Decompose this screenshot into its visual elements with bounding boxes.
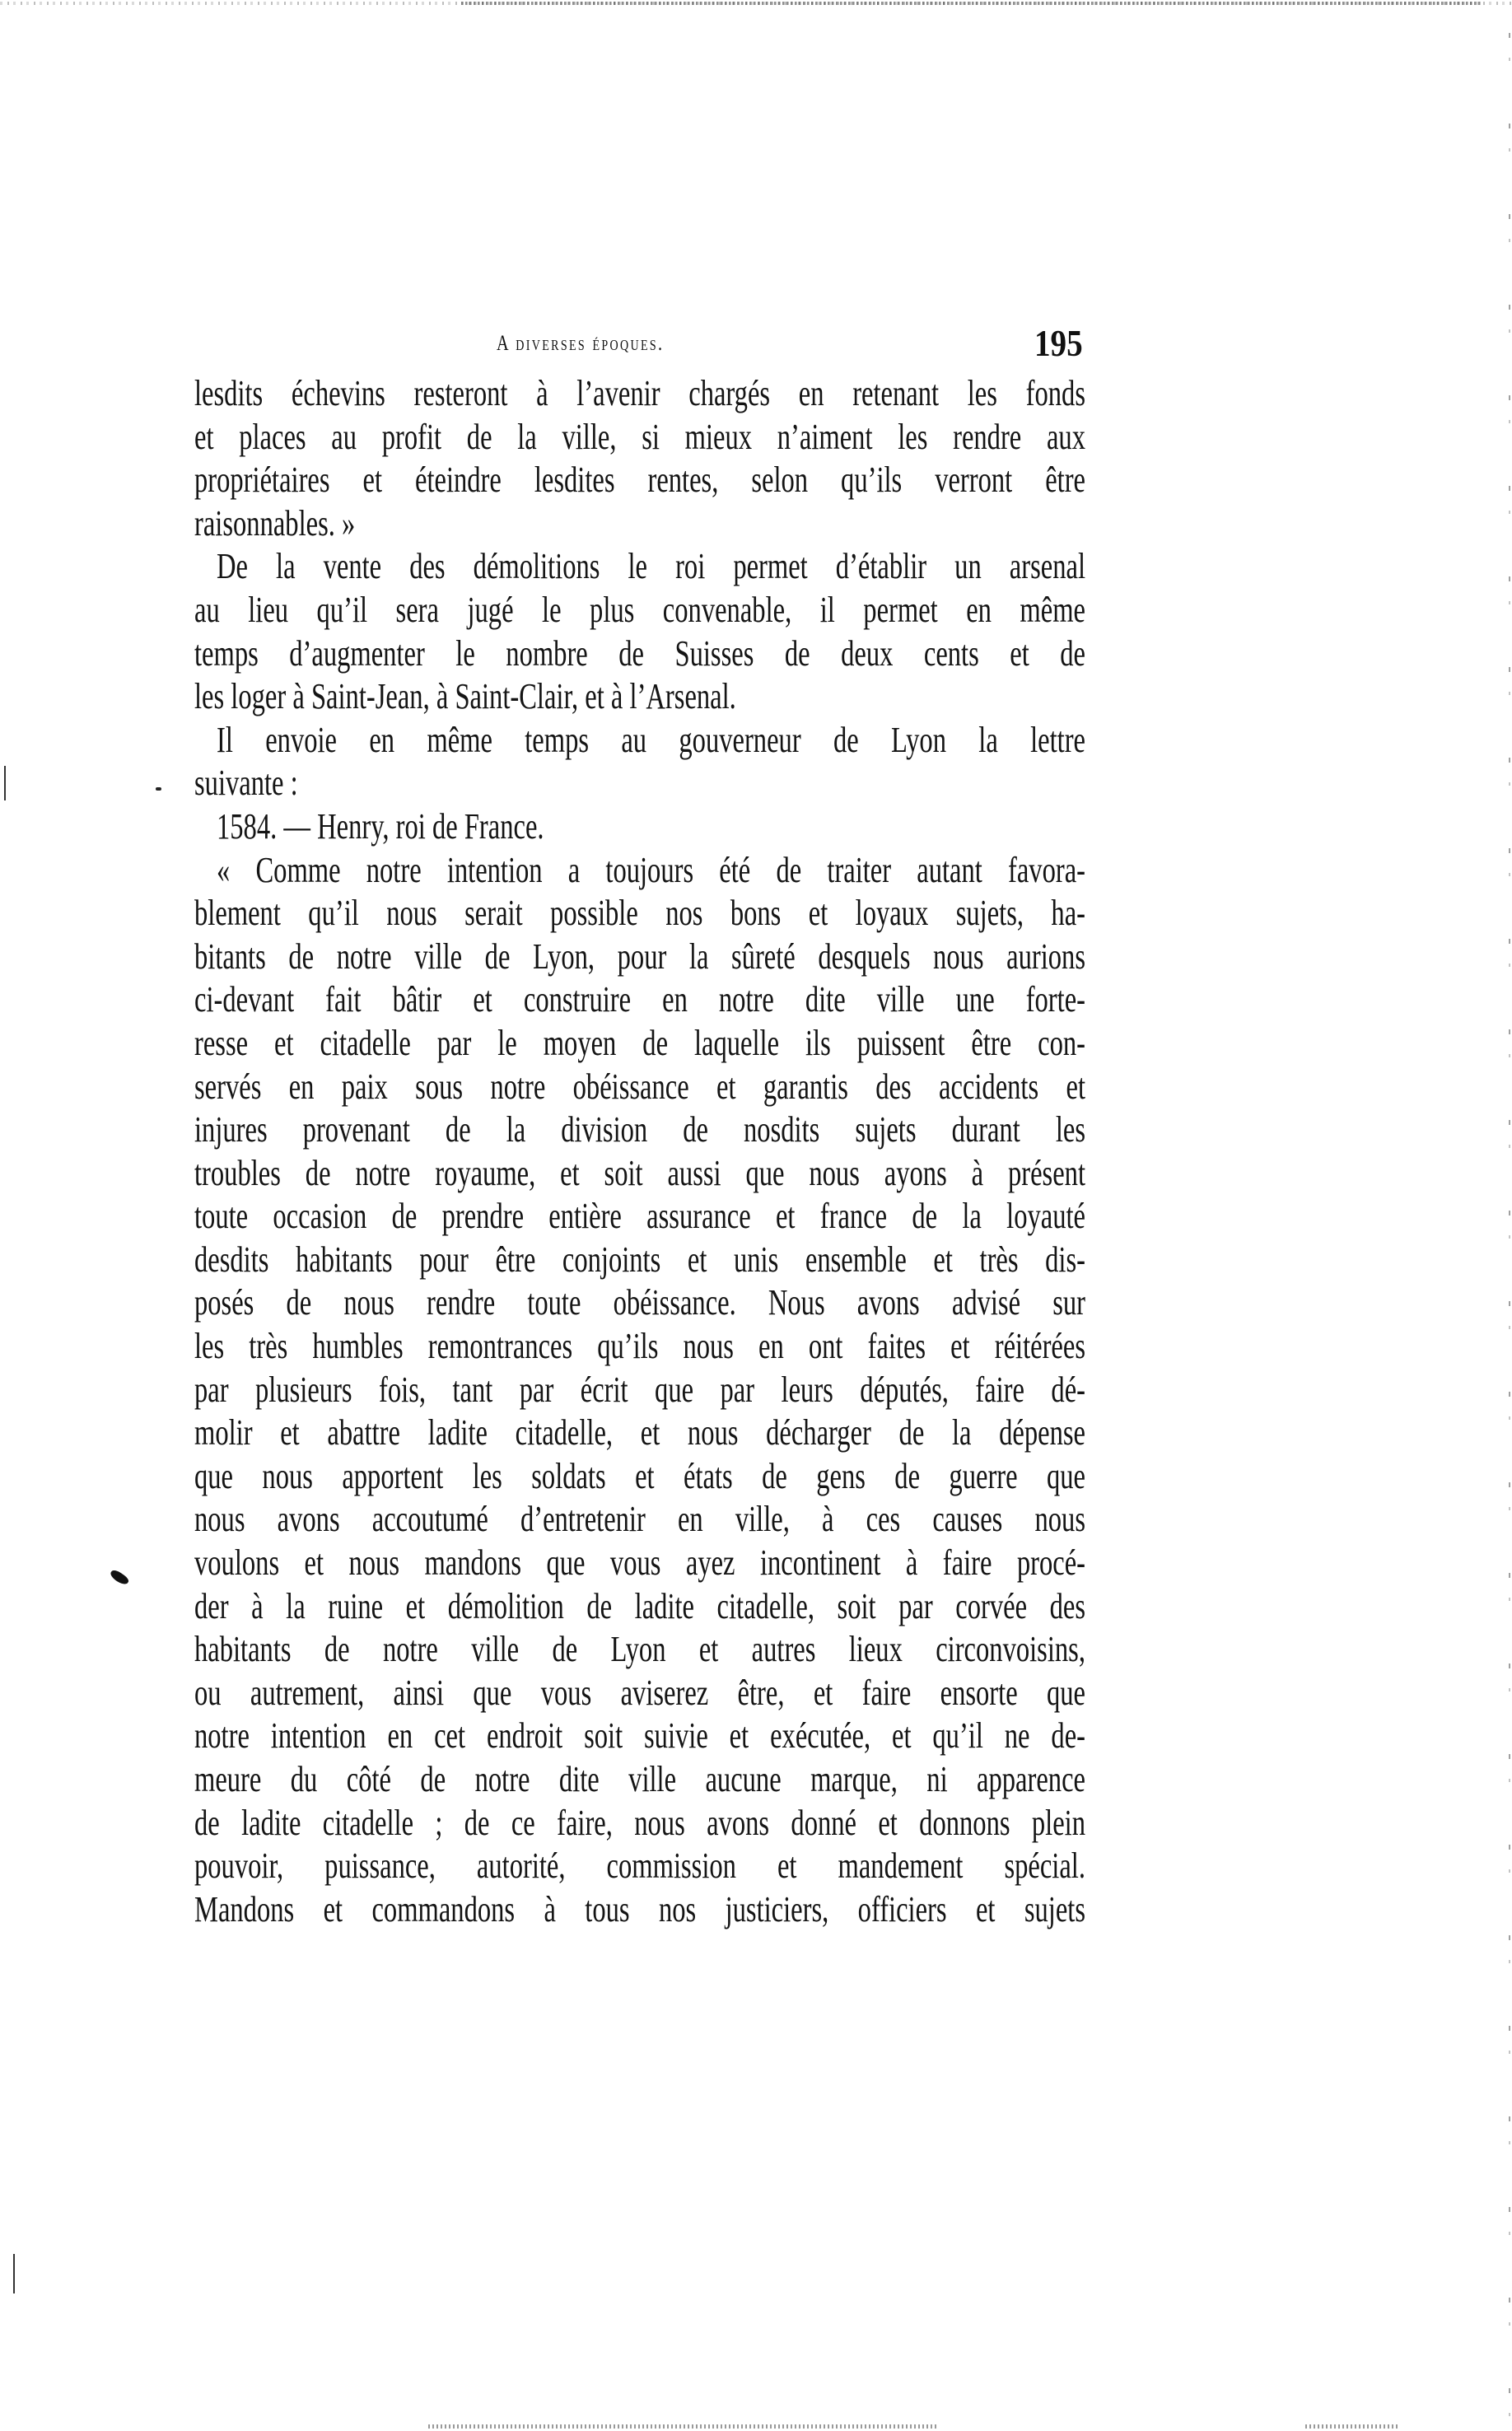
text-line-content: bitants de notre ville de Lyon, pour la … — [194, 936, 1085, 979]
text-line: blement qu’il nous serait possible nos b… — [194, 892, 1085, 936]
text-line-content: propriétaires et éteindre lesdites rente… — [194, 459, 1085, 502]
text-line: les très humbles remontrances qu’ils nou… — [194, 1325, 1085, 1369]
text-line: desdits habitants pour être conjoints et… — [194, 1239, 1085, 1282]
margin-dot-mark — [156, 787, 161, 791]
text-line-content: Mandons et commandons à tous nos justici… — [194, 1888, 1085, 1932]
text-line-content: par plusieurs fois, tant par écrit que p… — [194, 1369, 1085, 1412]
text-line: propriétaires et éteindre lesdites rente… — [194, 459, 1085, 502]
text-line-content: notre intention en cet endroit soit suiv… — [194, 1715, 1085, 1758]
text-line-content: voulons et nous mandons que vous ayez in… — [194, 1542, 1085, 1585]
text-line: au lieu qu’il sera jugé le plus convenab… — [194, 589, 1085, 632]
text-line-content: ci-devant fait bâtir et construire en no… — [194, 978, 1085, 1022]
text-line-content: 1584. — Henry, roi de France. — [217, 805, 544, 849]
text-line: der à la ruine et démolition de ladite c… — [194, 1585, 1085, 1629]
text-line: nous avons accoutumé d’entretenir en vil… — [194, 1498, 1085, 1542]
text-line-content: meure du côté de notre dite ville aucune… — [194, 1758, 1085, 1802]
text-line: raisonnables. » — [194, 502, 1085, 546]
text-line-content: raisonnables. » — [194, 502, 355, 546]
text-line: temps d’augmenter le nombre de Suisses d… — [194, 632, 1085, 676]
text-line: servés en paix sous notre obéissance et … — [194, 1066, 1085, 1109]
text-line-content: les loger à Saint-Jean, à Saint-Clair, e… — [194, 675, 736, 719]
text-line: par plusieurs fois, tant par écrit que p… — [194, 1369, 1085, 1412]
text-line: Il envoie en même temps au gouverneur de… — [194, 719, 1085, 763]
text-line-content: que nous apportent les soldats et états … — [194, 1455, 1085, 1499]
text-line-content: lesdits échevins resteront à l’avenir ch… — [194, 372, 1085, 416]
scan-artifact-bottom-rule-right — [1305, 2424, 1400, 2429]
text-line: de ladite citadelle ; de ce faire, nous … — [194, 1802, 1085, 1845]
text-line-content: servés en paix sous notre obéissance et … — [194, 1066, 1085, 1109]
text-line: Mandons et commandons à tous nos justici… — [194, 1888, 1085, 1932]
running-head: A diverses époques. — [497, 331, 664, 356]
text-line: molir et abattre ladite citadelle, et no… — [194, 1411, 1085, 1455]
scan-artifact-right-edge — [1509, 0, 1510, 2431]
text-line: injures provenant de la division de nosd… — [194, 1108, 1085, 1152]
text-line-content: injures provenant de la division de nosd… — [194, 1108, 1085, 1152]
text-line-content: pouvoir, puissance, autorité, commission… — [194, 1845, 1085, 1888]
text-line-content: de ladite citadelle ; de ce faire, nous … — [194, 1802, 1085, 1845]
text-line: et places au profit de la ville, si mieu… — [194, 416, 1085, 460]
text-line-content: der à la ruine et démolition de ladite c… — [194, 1585, 1085, 1629]
text-line: resse et citadelle par le moyen de laque… — [194, 1022, 1085, 1066]
text-line: pouvoir, puissance, autorité, commission… — [194, 1845, 1085, 1888]
scan-artifact-top-rule — [461, 2, 1482, 5]
text-line-content: et places au profit de la ville, si mieu… — [194, 416, 1085, 460]
text-line: bitants de notre ville de Lyon, pour la … — [194, 936, 1085, 979]
text-line: suivante : — [194, 762, 1085, 805]
margin-line-mark-bottom — [13, 2254, 15, 2293]
text-line: 1584. — Henry, roi de France. — [194, 805, 1085, 849]
text-line-content: suivante : — [194, 762, 298, 805]
text-line-content: desdits habitants pour être conjoints et… — [194, 1239, 1085, 1282]
body-text: lesdits échevins resteront à l’avenir ch… — [194, 372, 1085, 1931]
text-line-content: De la vente des démolitions le roi perme… — [217, 545, 1085, 589]
text-line-content: resse et citadelle par le moyen de laque… — [194, 1022, 1085, 1066]
text-line-content: molir et abattre ladite citadelle, et no… — [194, 1411, 1085, 1455]
text-line: « Comme notre intention a toujours été d… — [194, 849, 1085, 893]
text-line-content: troubles de notre royaume, et soit aussi… — [194, 1152, 1085, 1196]
text-line: troubles de notre royaume, et soit aussi… — [194, 1152, 1085, 1196]
text-line: voulons et nous mandons que vous ayez in… — [194, 1542, 1085, 1585]
text-line: les loger à Saint-Jean, à Saint-Clair, e… — [194, 675, 1085, 719]
text-line-content: habitants de notre ville de Lyon et autr… — [194, 1628, 1085, 1672]
text-line: posés de nous rendre toute obéissance. N… — [194, 1281, 1085, 1325]
text-line: habitants de notre ville de Lyon et autr… — [194, 1628, 1085, 1672]
text-line: que nous apportent les soldats et états … — [194, 1455, 1085, 1499]
text-line-content: ou autrement, ainsi que vous aviserez êt… — [194, 1672, 1085, 1715]
text-line: toute occasion de prendre entière assura… — [194, 1195, 1085, 1239]
text-line: De la vente des démolitions le roi perme… — [194, 545, 1085, 589]
text-line-content: Il envoie en même temps au gouverneur de… — [217, 719, 1085, 763]
text-line-content: temps d’augmenter le nombre de Suisses d… — [194, 632, 1085, 676]
text-line-content: posés de nous rendre toute obéissance. N… — [194, 1281, 1085, 1325]
text-line: notre intention en cet endroit soit suiv… — [194, 1715, 1085, 1758]
text-line-content: les très humbles remontrances qu’ils nou… — [194, 1325, 1085, 1369]
text-line: meure du côté de notre dite ville aucune… — [194, 1758, 1085, 1802]
page-number: 195 — [1034, 321, 1083, 365]
text-line-content: toute occasion de prendre entière assura… — [194, 1195, 1085, 1239]
text-line-content: nous avons accoutumé d’entretenir en vil… — [194, 1498, 1085, 1542]
scan-artifact-bottom-rule — [428, 2424, 939, 2429]
text-line-content: blement qu’il nous serait possible nos b… — [194, 892, 1085, 936]
text-line: ou autrement, ainsi que vous aviserez êt… — [194, 1672, 1085, 1715]
margin-ink-blot — [109, 1568, 130, 1587]
scanned-book-page: A diverses époques. 195 lesdits échevins… — [0, 0, 1512, 2431]
text-line: lesdits échevins resteront à l’avenir ch… — [194, 372, 1085, 416]
margin-line-mark — [4, 766, 6, 800]
text-line-content: « Comme notre intention a toujours été d… — [217, 849, 1085, 893]
text-line: ci-devant fait bâtir et construire en no… — [194, 978, 1085, 1022]
text-line-content: au lieu qu’il sera jugé le plus convenab… — [194, 589, 1085, 632]
